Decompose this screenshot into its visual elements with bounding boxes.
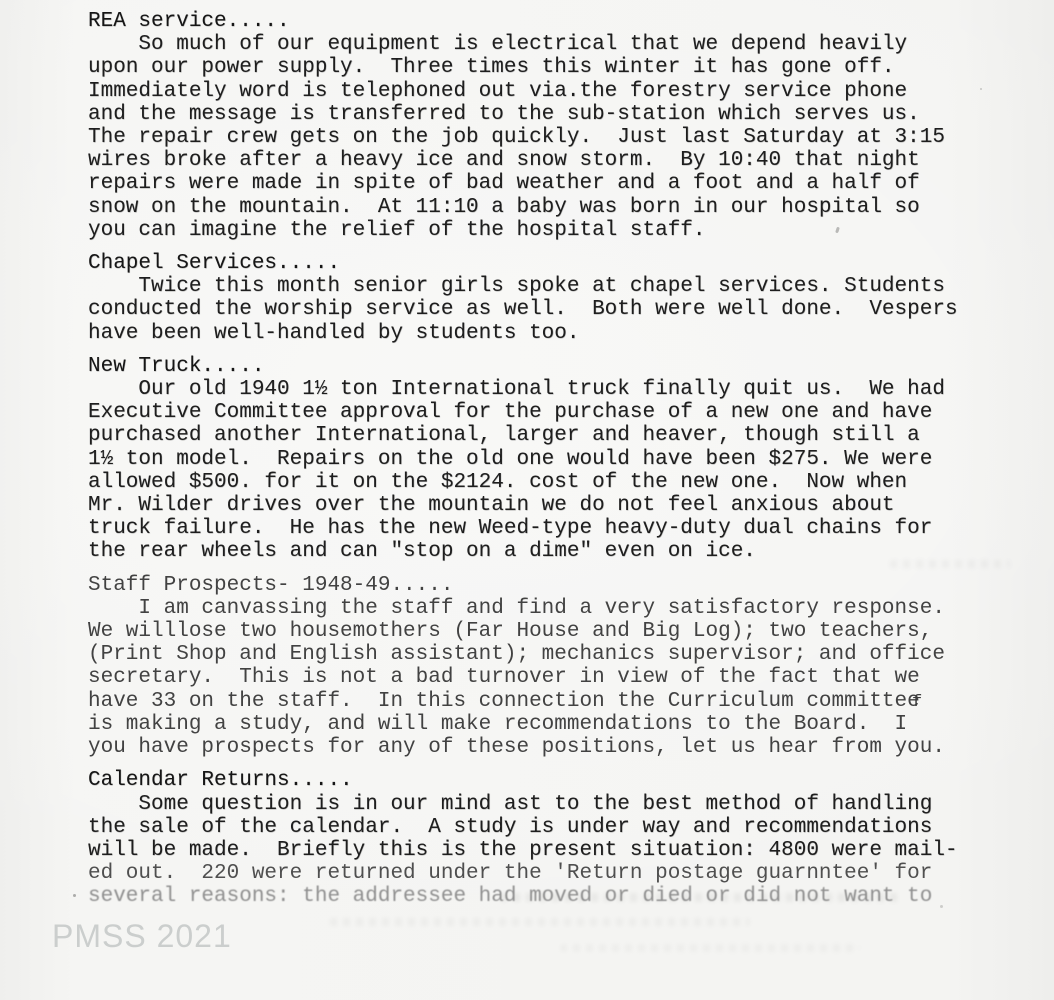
text-line: truck failure. He has the new Weed-type … (88, 517, 1024, 540)
text-line: the sale of the calendar. A study is und… (88, 816, 1024, 839)
section-heading: Staff Prospects- 1948-49..... (88, 574, 1024, 597)
scan-smudge (330, 918, 750, 926)
section-heading: Calendar Returns..... (88, 769, 1024, 792)
text-line: Mr. Wilder drives over the mountain we d… (88, 494, 1024, 517)
text-line: So much of our equipment is electrical t… (88, 33, 1024, 56)
document-body: REA service..... So much of our equipmen… (0, 0, 1054, 909)
document-section: New Truck..... Our old 1940 1½ ton Inter… (88, 355, 1024, 564)
watermark: PMSS 2021 (52, 918, 232, 955)
text-line: have 33 on the staff. In this connection… (88, 690, 1024, 713)
superscript-f: f (912, 693, 922, 712)
text-line: have been well-handled by students too. (88, 322, 1024, 345)
text-line: will be made. Briefly this is the presen… (88, 839, 1024, 862)
scan-speckle (980, 88, 982, 90)
text-line: is making a study, and will make recomme… (88, 713, 1024, 736)
section-heading: New Truck..... (88, 355, 1024, 378)
text-line: Executive Committee approval for the pur… (88, 401, 1024, 424)
scan-smudge (560, 944, 860, 952)
text-line: Some question is in our mind ast to the … (88, 793, 1024, 816)
text-line: secretary. This is not a bad turnover in… (88, 666, 1024, 689)
text-line: Our old 1940 1½ ton International truck … (88, 378, 1024, 401)
text-line: upon our power supply. Three times this … (88, 56, 1024, 79)
text-line: ed out. 220 were returned under the 'Ret… (88, 862, 1024, 885)
text-line: purchased another International, larger … (88, 424, 1024, 447)
text-line: Twice this month senior girls spoke at c… (88, 275, 1024, 298)
text-line: The repair crew gets on the job quickly.… (88, 126, 1024, 149)
scan-smudge (500, 893, 900, 902)
document-section: REA service..... So much of our equipmen… (88, 10, 1024, 242)
text-line: allowed $500. for it on the $2124. cost … (88, 471, 1024, 494)
text-line: snow on the mountain. At 11:10 a baby wa… (88, 196, 1024, 219)
text-line: 1½ ton model. Repairs on the old one wou… (88, 448, 1024, 471)
text-line: conducted the worship service as well. B… (88, 298, 1024, 321)
document-section: Calendar Returns..... Some question is i… (88, 769, 1024, 908)
text-line: Immediately word is telephoned out via.t… (88, 80, 1024, 103)
scanned-document-page: REA service..... So much of our equipmen… (0, 0, 1054, 1000)
text-line: (Print Shop and English assistant); mech… (88, 643, 1024, 666)
text-line: wires broke after a heavy ice and snow s… (88, 149, 1024, 172)
text-line: you can imagine the relief of the hospit… (88, 219, 1024, 242)
text-line: the rear wheels and can "stop on a dime"… (88, 540, 1024, 563)
section-heading: REA service..... (88, 10, 1024, 33)
text-line: you have prospects for any of these posi… (88, 736, 1024, 759)
scan-speckle (73, 894, 76, 897)
document-section: Chapel Services..... Twice this month se… (88, 252, 1024, 345)
document-section: Staff Prospects- 1948-49..... I am canva… (88, 574, 1024, 760)
text-line: and the message is transferred to the su… (88, 103, 1024, 126)
text-line: We willlose two housemothers (Far House … (88, 620, 1024, 643)
section-heading: Chapel Services..... (88, 252, 1024, 275)
text-line: repairs were made in spite of bad weathe… (88, 172, 1024, 195)
scan-speckle (940, 905, 943, 908)
scan-smudge (890, 560, 1010, 568)
text-line: I am canvassing the staff and find a ver… (88, 597, 1024, 620)
